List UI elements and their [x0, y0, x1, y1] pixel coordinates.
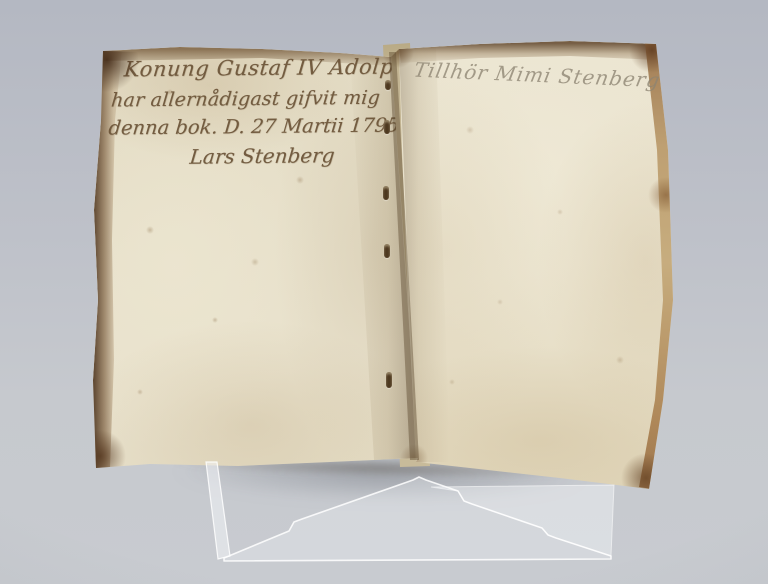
acrylic-stand	[0, 0, 768, 584]
stand-left-blade	[206, 462, 230, 559]
